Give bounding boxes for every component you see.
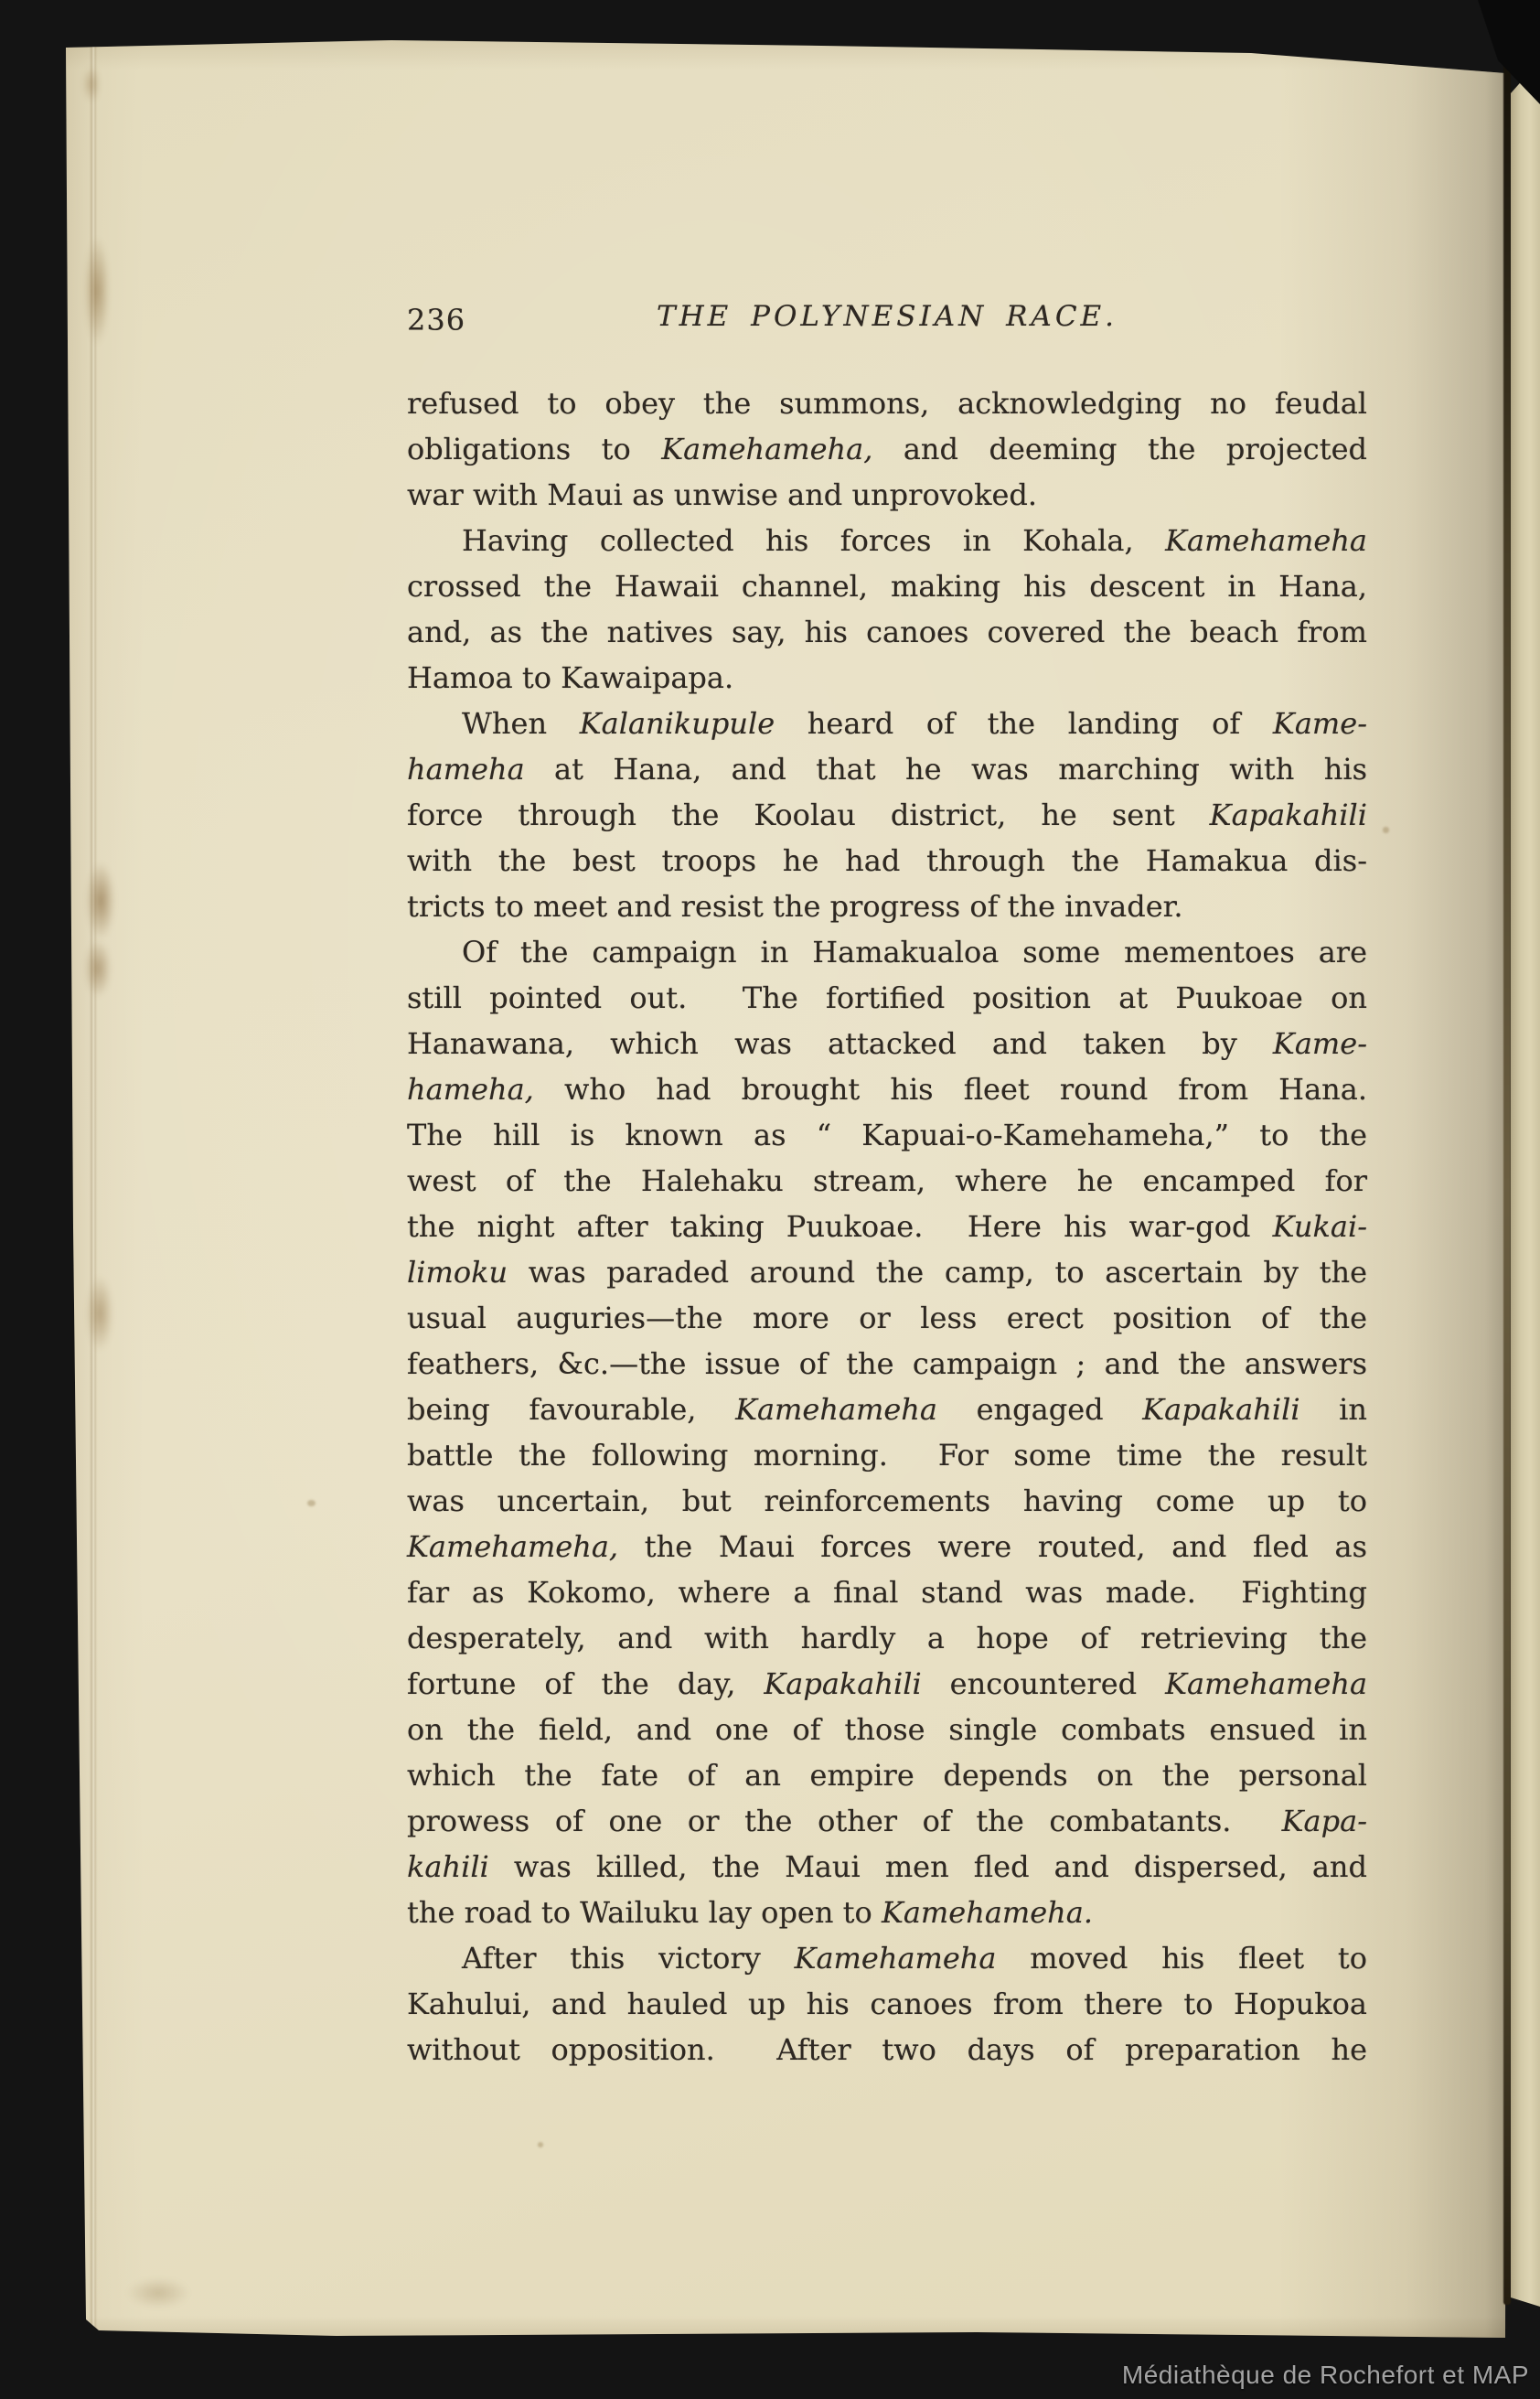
running-title: THE POLYNESIAN RACE. — [657, 300, 1118, 333]
text-segment: Having collected his forces in Kohala, — [462, 523, 1165, 558]
text-segment: at Hana, and that he was marching with h… — [525, 752, 1367, 787]
italic-proper-name: Kapa- — [1282, 1804, 1367, 1838]
printed-text-block: 236 THE POLYNESIAN RACE. refused to obey… — [407, 300, 1367, 2072]
italic-proper-name: Kukai- — [1273, 1209, 1367, 1244]
italic-proper-name: Kamehameha, — [661, 432, 872, 466]
body-text-line: Hamoa to Kawaipapa. — [407, 655, 1367, 701]
scanned-book-photo: { "page": { "number": "236", "running_ti… — [0, 0, 1540, 2399]
body-text-line: feathers, &c.—the issue of the campaign … — [407, 1341, 1367, 1387]
text-segment: and, as the natives say, his canoes cove… — [407, 615, 1367, 649]
italic-proper-name: Kapakahili — [764, 1666, 921, 1701]
text-segment: engaged — [937, 1392, 1142, 1427]
italic-proper-name: Kapakahili — [1142, 1392, 1299, 1427]
next-page-edge — [1511, 59, 1540, 2307]
text-segment: which the fate of an empire depends on t… — [407, 1758, 1367, 1793]
text-segment: prowess of one or the other of the comba… — [407, 1804, 1282, 1838]
fore-edge-crease — [1503, 62, 1511, 2305]
text-segment: encountered — [922, 1666, 1165, 1701]
text-segment: on the field, and one of those single co… — [407, 1712, 1367, 1747]
text-segment: west of the Halehaku stream, where he en… — [407, 1163, 1367, 1198]
text-segment: Hamoa to Kawaipapa. — [407, 660, 733, 695]
text-segment: the Maui forces were routed, and fled as — [618, 1529, 1367, 1564]
body-text-line: and, as the natives say, his canoes cove… — [407, 609, 1367, 655]
italic-proper-name: Kamehameha — [735, 1392, 937, 1427]
body-text-line: still pointed out. The fortified positio… — [407, 975, 1367, 1021]
text-segment: desperately, and with hardly a hope of r… — [407, 1621, 1367, 1655]
gutter-fold-crease — [90, 38, 97, 2343]
italic-proper-name: Kamehameha. — [882, 1895, 1093, 1930]
italic-proper-name: Kamehameha — [795, 1941, 997, 1976]
italic-proper-name: kahili — [407, 1849, 489, 1884]
body-text-line: Having collected his forces in Kohala, K… — [407, 518, 1367, 563]
italic-proper-name: hameha — [407, 752, 525, 787]
bottom-edge-stain — [126, 2277, 190, 2308]
text-segment: the road to Wailuku lay open to — [407, 1895, 882, 1930]
body-text-line: After this victory Kamehameha moved his … — [407, 1935, 1367, 1981]
body-text-line: obligations to Kamehameha, and deeming t… — [407, 426, 1367, 472]
body-text-line: crossed the Hawaii channel, making his d… — [407, 563, 1367, 609]
body-text-line: far as Kokomo, where a final stand was m… — [407, 1569, 1367, 1615]
text-segment: without opposition. After two days of pr… — [407, 2032, 1367, 2067]
body-text-line: war with Maui as unwise and unprovoked. — [407, 472, 1367, 518]
text-segment: usual auguries—the more or less erect po… — [407, 1301, 1367, 1335]
body-text-line: limoku was paraded around the camp, to a… — [407, 1249, 1367, 1295]
gutter-stain — [86, 1275, 113, 1352]
body-text-line: which the fate of an empire depends on t… — [407, 1752, 1367, 1798]
text-segment: being favourable, — [407, 1392, 735, 1427]
text-segment: force through the Koolau district, he se… — [407, 798, 1210, 832]
text-segment: in — [1300, 1392, 1367, 1427]
gutter-stain — [86, 862, 115, 940]
text-segment: tricts to meet and resist the progress o… — [407, 889, 1183, 924]
body-text-line: without opposition. After two days of pr… — [407, 2027, 1367, 2072]
italic-proper-name: Kalanikupule — [580, 706, 775, 741]
body-text-line: the road to Wailuku lay open to Kamehame… — [407, 1890, 1367, 1935]
text-segment: When — [462, 706, 580, 741]
page-header: 236 THE POLYNESIAN RACE. — [407, 300, 1367, 342]
body-text-line: west of the Halehaku stream, where he en… — [407, 1158, 1367, 1204]
body-text-line: usual auguries—the more or less erect po… — [407, 1295, 1367, 1341]
foxing-speck — [307, 1500, 315, 1506]
gutter-stain — [82, 66, 101, 102]
text-segment: heard of the landing of — [775, 706, 1273, 741]
body-text-line: When Kalanikupule heard of the landing o… — [407, 701, 1367, 746]
book-page: 236 THE POLYNESIAN RACE. refused to obey… — [62, 38, 1511, 2343]
body-text-line: Of the campaign in Hamakualoa some memen… — [407, 929, 1367, 975]
gutter-stain — [84, 939, 112, 998]
italic-proper-name: Kamehameha — [1165, 1666, 1367, 1701]
body-text-line: kahili was killed, the Maui men fled and… — [407, 1844, 1367, 1890]
text-segment: was killed, the Maui men fled and disper… — [489, 1849, 1367, 1884]
gutter-stain — [84, 236, 110, 346]
italic-proper-name: limoku — [407, 1255, 508, 1290]
body-text-line: with the best troops he had through the … — [407, 838, 1367, 884]
body-text-line: prowess of one or the other of the comba… — [407, 1798, 1367, 1844]
italic-proper-name: Kame- — [1273, 706, 1367, 741]
body-text-line: The hill is known as “ Kapuai-o-Kamehame… — [407, 1112, 1367, 1158]
text-segment: The hill is known as “ Kapuai-o-Kamehame… — [407, 1118, 1367, 1152]
body-text-line: hameha at Hana, and that he was marching… — [407, 746, 1367, 792]
body-text-line: refused to obey the summons, acknowledgi… — [407, 380, 1367, 426]
body-text-line: on the field, and one of those single co… — [407, 1707, 1367, 1752]
body-text: refused to obey the summons, acknowledgi… — [407, 380, 1367, 2072]
text-segment: war with Maui as unwise and unprovoked. — [407, 477, 1037, 512]
text-segment: crossed the Hawaii channel, making his d… — [407, 569, 1367, 604]
text-segment: who had brought his fleet round from Han… — [534, 1072, 1367, 1107]
body-text-line: being favourable, Kamehameha engaged Kap… — [407, 1387, 1367, 1432]
body-text-line: force through the Koolau district, he se… — [407, 792, 1367, 838]
page-number: 236 — [407, 303, 465, 337]
body-text-line: battle the following morning. For some t… — [407, 1432, 1367, 1478]
body-text-line: the night after taking Puukoae. Here his… — [407, 1204, 1367, 1249]
text-segment: the night after taking Puukoae. Here his… — [407, 1209, 1273, 1244]
italic-proper-name: Kapakahili — [1210, 798, 1367, 832]
body-text-line: fortune of the day, Kapakahili encounter… — [407, 1661, 1367, 1707]
library-watermark: Médiathèque de Rochefort et MAP — [1122, 2361, 1529, 2390]
text-segment: Hanawana, which was attacked and taken b… — [407, 1026, 1273, 1061]
body-text-line: desperately, and with hardly a hope of r… — [407, 1615, 1367, 1661]
italic-proper-name: hameha, — [407, 1072, 534, 1107]
text-segment: obligations to — [407, 432, 661, 466]
text-segment: Kahului, and hauled up his canoes from t… — [407, 1987, 1367, 2021]
text-segment: feathers, &c.—the issue of the campaign … — [407, 1346, 1367, 1381]
body-text-line: Kahului, and hauled up his canoes from t… — [407, 1981, 1367, 2027]
italic-proper-name: Kamehameha — [1165, 523, 1367, 558]
text-segment: moved his fleet to — [996, 1941, 1367, 1976]
foxing-speck — [1383, 827, 1389, 833]
text-segment: battle the following morning. For some t… — [407, 1438, 1367, 1473]
text-segment: and deeming the projected — [872, 432, 1367, 466]
text-segment: Of the campaign in Hamakualoa some memen… — [462, 935, 1367, 969]
body-text-line: Kamehameha, the Maui forces were routed,… — [407, 1524, 1367, 1569]
body-text-line: hameha, who had brought his fleet round … — [407, 1066, 1367, 1112]
text-segment: was paraded around the camp, to ascertai… — [508, 1255, 1367, 1290]
italic-proper-name: Kame- — [1273, 1026, 1367, 1061]
text-segment: with the best troops he had through the … — [407, 843, 1367, 878]
body-text-line: was uncertain, but reinforcements having… — [407, 1478, 1367, 1524]
text-segment: was uncertain, but reinforcements having… — [407, 1483, 1367, 1518]
text-segment: still pointed out. The fortified positio… — [407, 980, 1367, 1015]
body-text-line: Hanawana, which was attacked and taken b… — [407, 1021, 1367, 1066]
body-text-line: tricts to meet and resist the progress o… — [407, 884, 1367, 929]
italic-proper-name: Kamehameha, — [407, 1529, 618, 1564]
text-segment: refused to obey the summons, acknowledgi… — [407, 386, 1367, 421]
text-segment: fortune of the day, — [407, 1666, 764, 1701]
text-segment: After this victory — [462, 1941, 795, 1976]
text-segment: far as Kokomo, where a final stand was m… — [407, 1575, 1367, 1610]
foxing-speck — [538, 2142, 543, 2147]
